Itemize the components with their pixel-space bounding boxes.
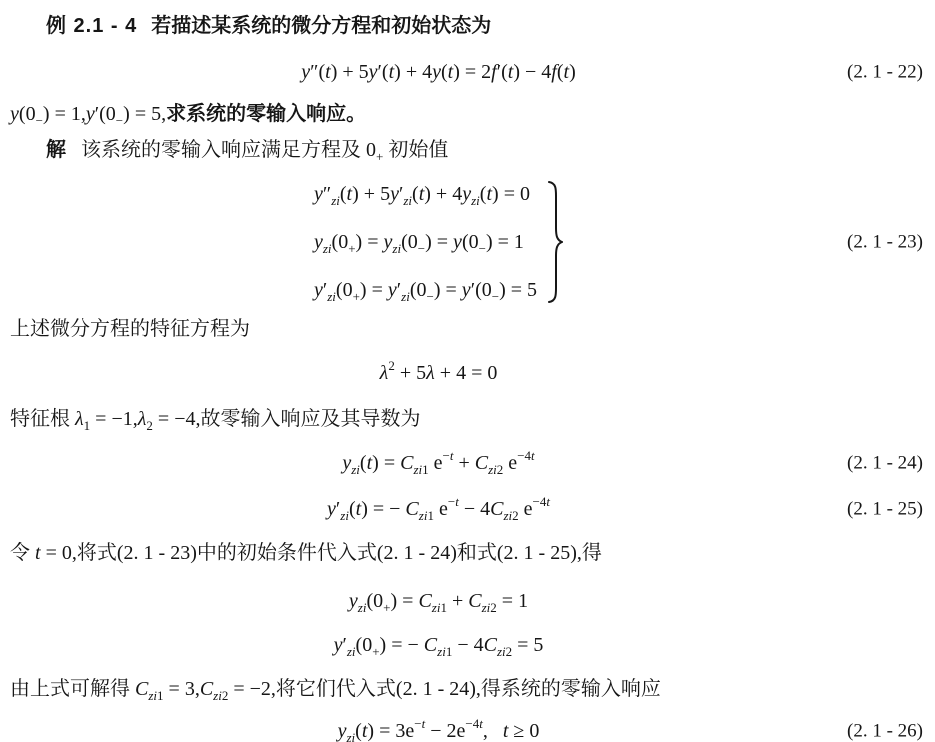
equation-row-24: yzi(t) = Czi1 e−t + Czi2 e−4t (2. 1 - 24… xyxy=(10,449,927,477)
solution-heading: 解该系统的零输入响应满足方程及 0+ 初始值 xyxy=(10,136,927,164)
roots-line: 特征根 λ1 = −1,λ2 = −4,故零输入响应及其导数为 xyxy=(10,405,927,433)
equation-row-25: y′zi(t) = − Czi1 e−t − 4Czi2 e−4t (2. 1 … xyxy=(10,495,927,523)
equation-row-26: yzi(t) = 3e−t − 2e−4t, t ≥ 0 (2. 1 - 26) xyxy=(10,717,927,742)
substitution-text: 令 t = 0,将式(2. 1 - 23)中的初始条件代入式(2. 1 - 24… xyxy=(10,542,602,564)
example-label: 例 2.1 - 4 xyxy=(46,15,137,37)
coefficient-equation-1: yzi(0+) = Czi1 + Czi2 = 1 xyxy=(349,590,528,612)
coefficient-equation-2: y′zi(0+) = − Czi1 − 4Czi2 = 5 xyxy=(334,634,544,656)
solve-line: 由上式可解得 Czi1 = 3,Czi2 = −2,将它们代入式(2. 1 - … xyxy=(10,675,927,703)
equation-number-24: (2. 1 - 24) xyxy=(847,454,923,473)
equation-group-23: y″zi(t) + 5y′zi(t) + 4yzi(t) = 0 yzi(0+)… xyxy=(10,180,927,304)
equation-2-1-25: y′zi(t) = − Czi1 e−t − 4Czi2 e−4t xyxy=(327,498,550,520)
substitution-line: 令 t = 0,将式(2. 1 - 23)中的初始条件代入式(2. 1 - 24… xyxy=(10,539,927,567)
equation-2-1-22: y″(t) + 5y′(t) + 4y(t) = 2f′(t) − 4f(t) xyxy=(301,61,576,83)
equation-23-line-1: y″zi(t) + 5y′zi(t) + 4yzi(t) = 0 xyxy=(314,180,530,208)
equation-number-23: (2. 1 - 23) xyxy=(847,233,923,252)
characteristic-equation: λ2 + 5λ + 4 = 0 xyxy=(380,362,498,384)
equation-23-line-3: y′zi(0+) = y′zi(0−) = y′(0−) = 5 xyxy=(314,276,537,304)
equation-2-1-26: yzi(t) = 3e−t − 2e−4t, t ≥ 0 xyxy=(338,720,540,742)
example-heading: 例 2.1 - 4若描述某系统的微分方程和初始状态为 xyxy=(10,12,927,40)
equation-23-line-2: yzi(0+) = yzi(0−) = y(0−) = 1 xyxy=(314,228,524,256)
equation-row-22: y″(t) + 5y′(t) + 4y(t) = 2f′(t) − 4f(t) … xyxy=(10,58,927,86)
characteristic-intro: 上述微分方程的特征方程为 xyxy=(10,316,927,343)
equation-number-25: (2. 1 - 25) xyxy=(847,500,923,519)
roots-text: 特征根 λ1 = −1,λ2 = −4,故零输入响应及其导数为 xyxy=(10,408,420,430)
example-intro: 若描述某系统的微分方程和初始状态为 xyxy=(151,15,491,37)
characteristic-intro-text: 上述微分方程的特征方程为 xyxy=(10,318,250,340)
equation-number-26: (2. 1 - 26) xyxy=(847,722,923,741)
equation-number-22: (2. 1 - 22) xyxy=(847,63,923,82)
solution-text: 该系统的零输入响应满足方程及 0+ 初始值 xyxy=(81,139,448,161)
given-conditions-line: y(0−) = 1,y′(0−) = 5,求系统的零输入响应。 xyxy=(10,100,927,128)
coefficient-equation-1-row: yzi(0+) = Czi1 + Czi2 = 1 xyxy=(10,587,927,615)
textbook-page: 例 2.1 - 4若描述某系统的微分方程和初始状态为 y″(t) + 5y′(t… xyxy=(0,0,935,742)
equation-2-1-24: yzi(t) = Czi1 e−t + Czi2 e−4t xyxy=(342,452,534,474)
equation-23-lines: y″zi(t) + 5y′zi(t) + 4yzi(t) = 0 yzi(0+)… xyxy=(314,180,537,304)
right-brace-icon xyxy=(547,180,563,304)
solution-label: 解 xyxy=(46,139,67,161)
coefficient-equation-2-row: y′zi(0+) = − Czi1 − 4Czi2 = 5 xyxy=(10,631,927,659)
solve-text: 由上式可解得 Czi1 = 3,Czi2 = −2,将它们代入式(2. 1 - … xyxy=(10,678,661,700)
characteristic-equation-row: λ2 + 5λ + 4 = 0 xyxy=(10,359,927,387)
given-conditions-text: y(0−) = 1,y′(0−) = 5,求系统的零输入响应。 xyxy=(10,103,366,125)
